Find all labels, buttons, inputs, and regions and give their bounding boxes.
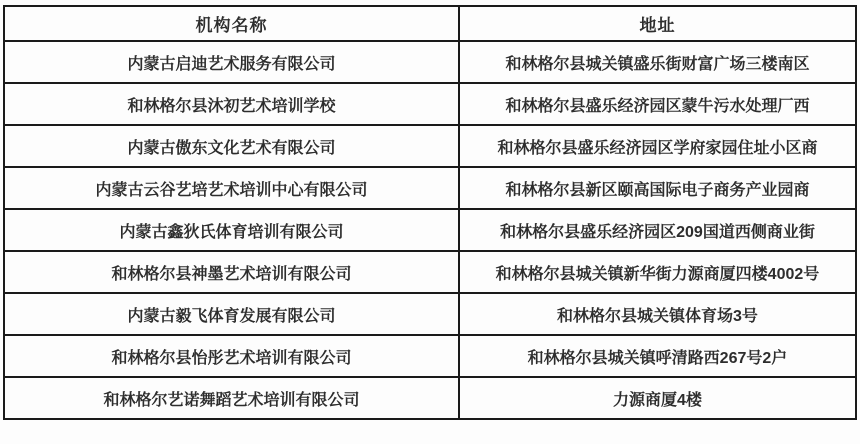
address-cell: 和林格尔县城关镇呼清路西267号2户: [459, 335, 856, 377]
address-cell: 和林格尔县盛乐经济园区209国道西侧商业街: [459, 209, 856, 251]
header-address: 地址: [459, 6, 856, 41]
institution-name-cell: 内蒙古傲东文化艺术有限公司: [4, 125, 459, 167]
institution-name-cell: 和林格尔县沐初艺术培训学校: [4, 83, 459, 125]
table-row: 内蒙古傲东文化艺术有限公司 和林格尔县盛乐经济园区学府家园住址小区商: [4, 125, 856, 167]
header-institution-name: 机构名称: [4, 6, 459, 41]
institution-name-cell: 和林格尔艺诺舞蹈艺术培训有限公司: [4, 377, 459, 419]
table-row: 和林格尔县神墨艺术培训有限公司 和林格尔县城关镇新华街力源商厦四楼4002号: [4, 251, 856, 293]
institution-name-cell: 内蒙古毅飞体育发展有限公司: [4, 293, 459, 335]
institution-name-cell: 和林格尔县神墨艺术培训有限公司: [4, 251, 459, 293]
institution-name-cell: 内蒙古鑫狄氏体育培训有限公司: [4, 209, 459, 251]
institution-name-cell: 和林格尔县怡彤艺术培训有限公司: [4, 335, 459, 377]
address-cell: 和林格尔县新区颐高国际电子商务产业园商: [459, 167, 856, 209]
table-row: 和林格尔县怡彤艺术培训有限公司 和林格尔县城关镇呼清路西267号2户: [4, 335, 856, 377]
institution-name-cell: 内蒙古启迪艺术服务有限公司: [4, 41, 459, 83]
address-cell: 和林格尔县城关镇新华街力源商厦四楼4002号: [459, 251, 856, 293]
table-row: 内蒙古云谷艺培艺术培训中心有限公司 和林格尔县新区颐高国际电子商务产业园商: [4, 167, 856, 209]
table-row: 内蒙古毅飞体育发展有限公司 和林格尔县城关镇体育场3号: [4, 293, 856, 335]
institutions-table-container: 机构名称 地址 内蒙古启迪艺术服务有限公司 和林格尔县城关镇盛乐街财富广场三楼南…: [3, 5, 857, 420]
address-cell: 和林格尔县盛乐经济园区学府家园住址小区商: [459, 125, 856, 167]
table-row: 内蒙古鑫狄氏体育培训有限公司 和林格尔县盛乐经济园区209国道西侧商业街: [4, 209, 856, 251]
address-cell: 和林格尔县城关镇盛乐街财富广场三楼南区: [459, 41, 856, 83]
table-row: 和林格尔艺诺舞蹈艺术培训有限公司 力源商厦4楼: [4, 377, 856, 419]
address-cell: 和林格尔县城关镇体育场3号: [459, 293, 856, 335]
header-row: 机构名称 地址: [4, 6, 856, 41]
institution-name-cell: 内蒙古云谷艺培艺术培训中心有限公司: [4, 167, 459, 209]
address-cell: 力源商厦4楼: [459, 377, 856, 419]
address-cell: 和林格尔县盛乐经济园区蒙牛污水处理厂西: [459, 83, 856, 125]
table-row: 和林格尔县沐初艺术培训学校 和林格尔县盛乐经济园区蒙牛污水处理厂西: [4, 83, 856, 125]
table-row: 内蒙古启迪艺术服务有限公司 和林格尔县城关镇盛乐街财富广场三楼南区: [4, 41, 856, 83]
institutions-table: 机构名称 地址 内蒙古启迪艺术服务有限公司 和林格尔县城关镇盛乐街财富广场三楼南…: [3, 5, 857, 420]
